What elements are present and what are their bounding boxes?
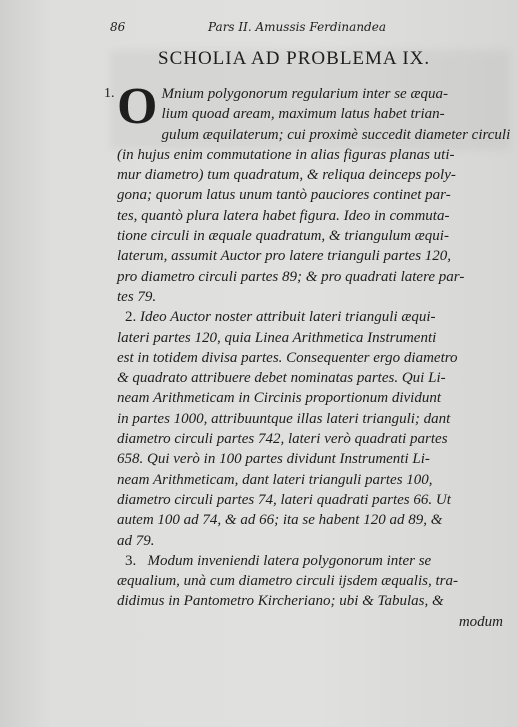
paragraph-1: O Mnium polygonorum regularium inter se … [117,84,503,307]
text-line: æqualium, unà cum diametro circuli ijsde… [117,571,503,591]
body-text: O Mnium polygonorum regularium inter se … [117,84,503,632]
text-line: gona; quorum latus unum tantò pauciores … [117,185,503,205]
drop-cap: O [117,86,157,128]
paragraph-number: 2. [125,309,136,325]
paragraph-number: 3. [125,553,136,569]
text-line: didimus in Pantometro Kircheriano; ubi &… [117,591,503,611]
text-line: 3. Modum inveniendi latera polygonorum i… [117,551,503,571]
text-line-content: Modum inveniendi latera polygonorum inte… [148,553,432,569]
text-line: laterum, assumit Auctor pro latere trian… [117,246,503,266]
paragraph-3: 3. Modum inveniendi latera polygonorum i… [117,551,503,612]
text-line: lateri partes 120, quia Linea Arithmetic… [117,328,503,348]
text-line: ad 79. [117,531,503,551]
text-line: pro diametro circuli partes 89; & pro qu… [117,267,503,287]
text-line: tes 79. [117,287,503,307]
running-title: Pars II. Amussis Ferdinandea [208,20,386,34]
text-line: mur diametro) tum quadratum, & reliqua d… [117,165,503,185]
text-line: diametro circuli partes 74, lateri quadr… [117,490,503,510]
text-line: est in totidem divisa partes. Consequent… [117,348,503,368]
book-page: 86 Pars II. Amussis Ferdinandea SCHOLIA … [0,0,518,727]
paragraph-number: 1. [104,86,115,102]
text-line: & quadrato attribuere debet nominatas pa… [117,368,503,388]
text-line: 658. Qui verò in 100 partes dividunt Ins… [117,449,503,469]
text-line: tione circuli in æquale quadratum, & tri… [117,226,503,246]
text-line: in partes 1000, attribuuntque illas late… [117,409,503,429]
text-line: autem 100 ad 74, & ad 66; ita se habent … [117,510,503,530]
section-title: SCHOLIA AD PROBLEMA IX. [158,48,488,70]
catchword: modum [117,612,503,632]
paragraph-2: 2. Ideo Auctor noster attribuit lateri t… [117,307,503,551]
text-line: (in hujus enim commutatione in alias fig… [117,145,503,165]
text-line: lium quoad aream, maximum latus habet tr… [117,104,503,124]
text-line: neam Arithmeticam in Circinis proportion… [117,388,503,408]
text-line: gulum æquilaterum; cui proximè succedit … [117,125,503,145]
page-number: 86 [110,20,125,34]
text-line: 2. Ideo Auctor noster attribuit lateri t… [117,307,503,327]
text-line: Mnium polygonorum regularium inter se æq… [117,84,503,104]
text-line-content: Ideo Auctor noster attribuit lateri tria… [140,309,436,325]
text-line: neam Arithmeticam, dant lateri trianguli… [117,470,503,490]
text-line: diametro circuli partes 742, lateri verò… [117,429,503,449]
page-header: 86 Pars II. Amussis Ferdinandea [108,20,488,38]
text-line: tes, quantò plura latera habet figura. I… [117,206,503,226]
